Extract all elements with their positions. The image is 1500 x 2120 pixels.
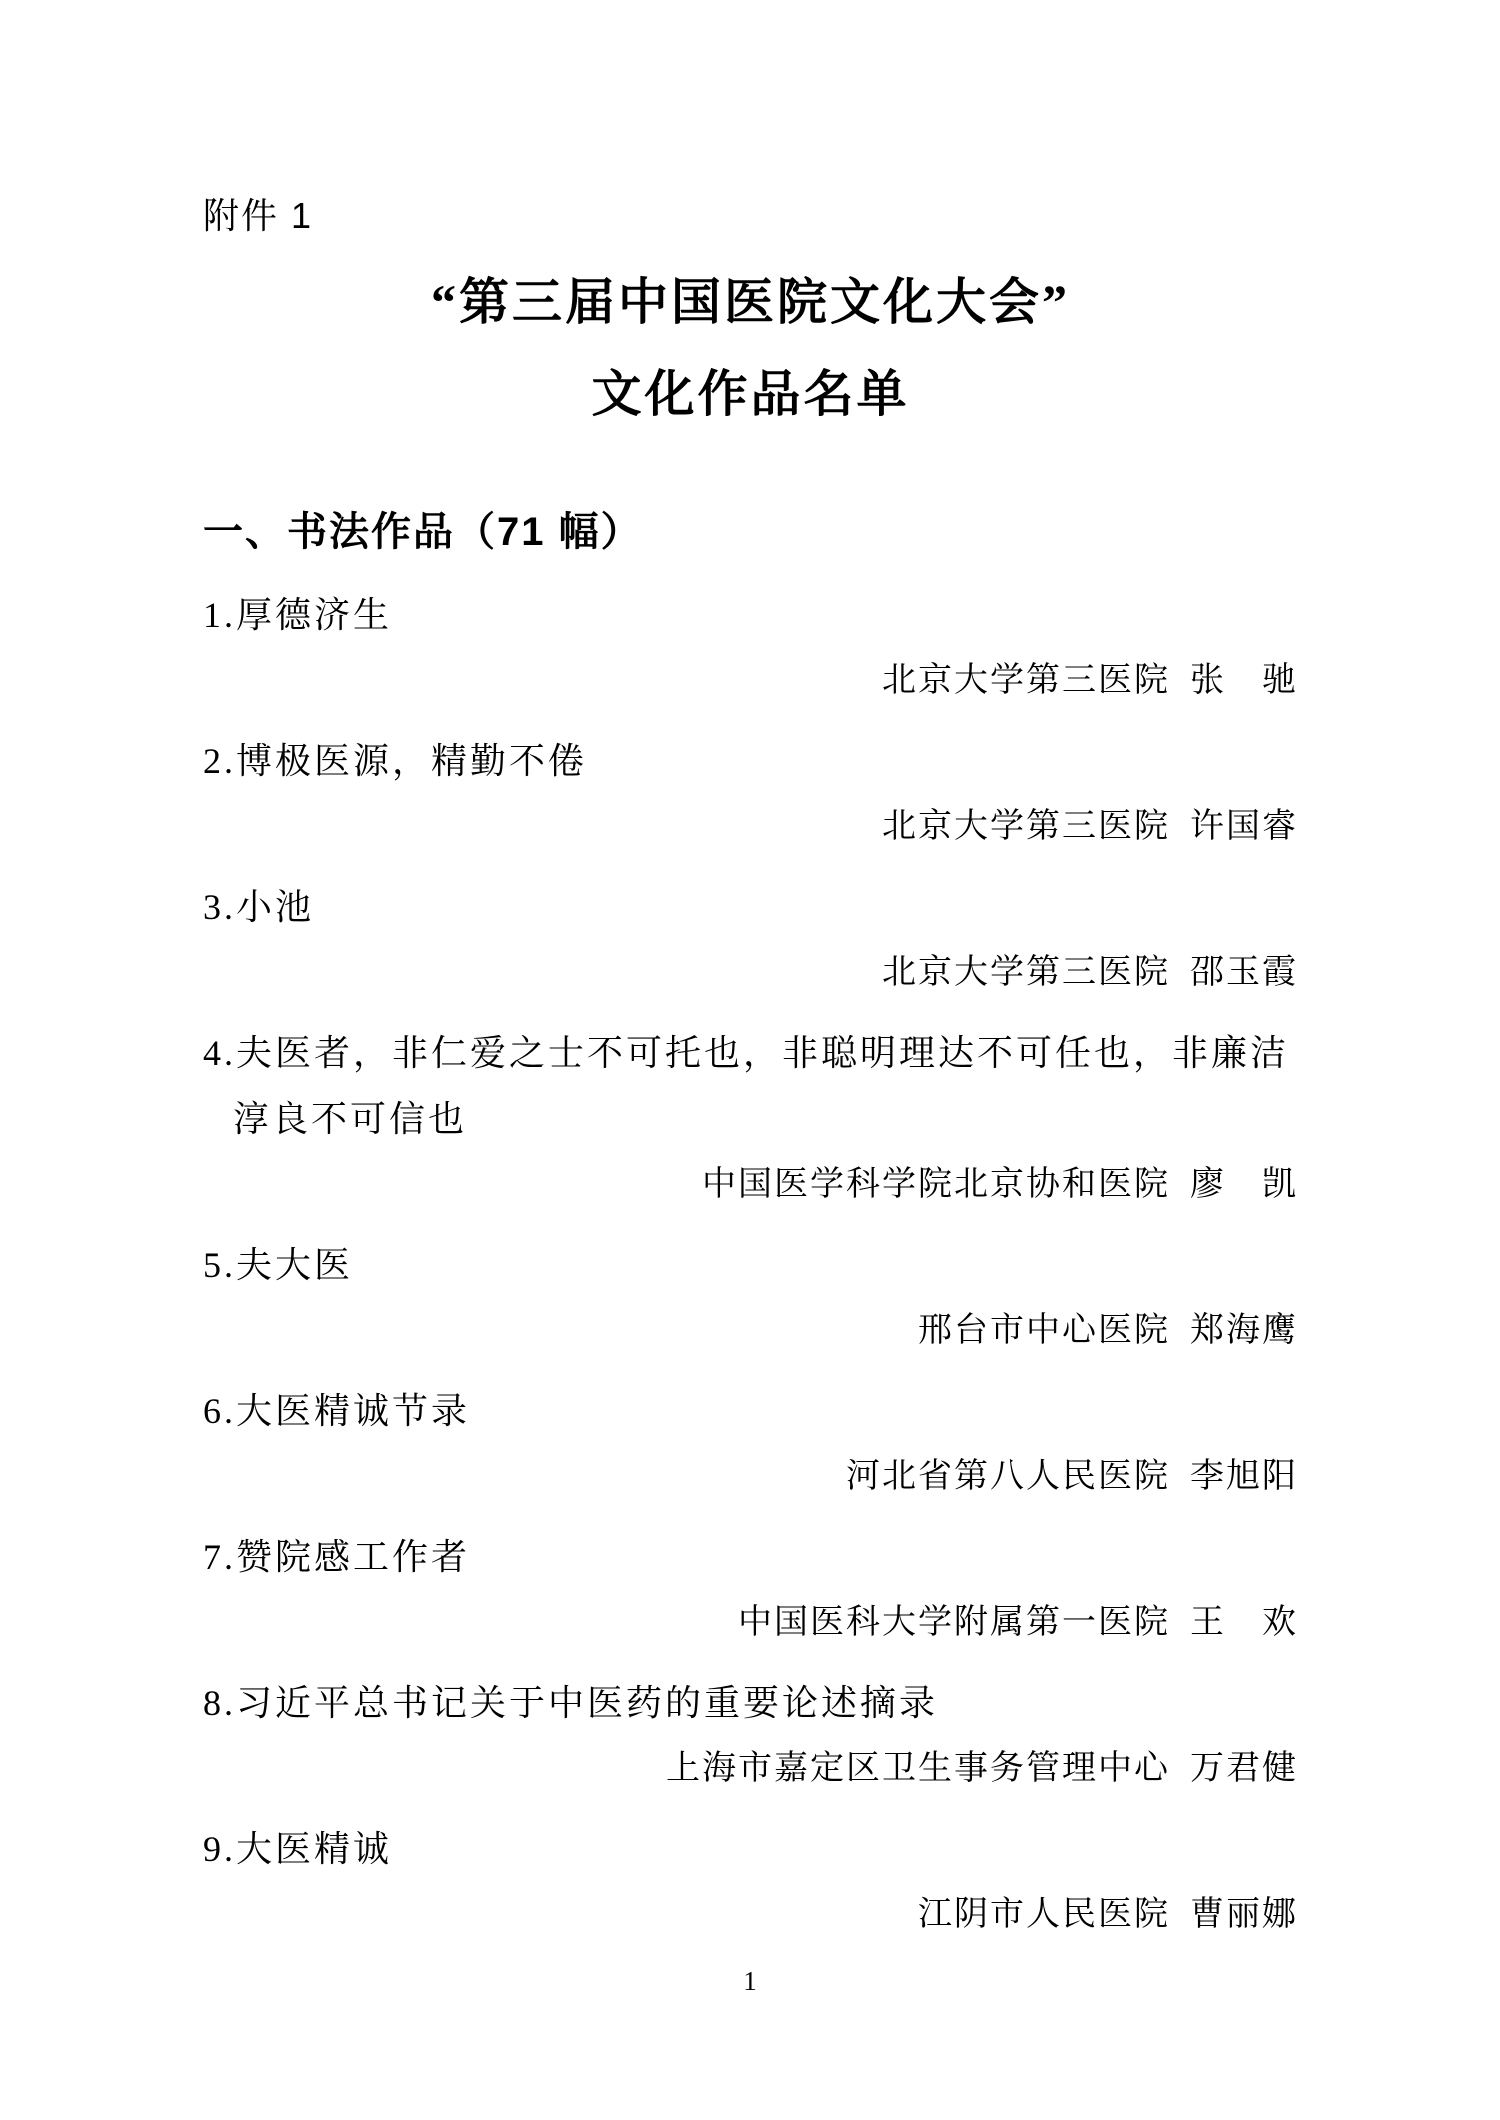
- work-author: 李旭阳: [1190, 1444, 1298, 1510]
- work-title-text: 博极医源，精勤不倦: [236, 741, 587, 781]
- work-title: 5.夫大医: [203, 1232, 1298, 1298]
- work-number: 1.: [203, 595, 236, 635]
- work-entry-8: 8.习近平总书记关于中医药的重要论述摘录 上海市嘉定区卫生事务管理中心万君健: [203, 1670, 1298, 1802]
- work-entry-2: 2.博极医源，精勤不倦 北京大学第三医院许国睿: [203, 728, 1298, 860]
- work-org: 北京大学第三医院: [882, 808, 1170, 845]
- page-number: 1: [0, 1966, 1500, 1996]
- work-author: 廖 凯: [1190, 1152, 1298, 1218]
- work-attribution: 上海市嘉定区卫生事务管理中心万君健: [203, 1736, 1298, 1802]
- work-number: 6.: [203, 1391, 236, 1431]
- document-page: 附件 1 “第三届中国医院文化大会” 文化作品名单 一、书法作品（71 幅） 1…: [0, 0, 1500, 2120]
- work-author: 郑海鹰: [1190, 1298, 1298, 1364]
- work-title-text: 大医精诚: [236, 1829, 392, 1869]
- work-entry-7: 7.赞院感工作者 中国医科大学附属第一医院王 欢: [203, 1524, 1298, 1656]
- work-title-text: 夫医者，非仁爱之士不可托也，非聪明理达不可任也，非廉洁: [236, 1033, 1289, 1073]
- work-title-text: 厚德济生: [236, 595, 392, 635]
- work-org: 北京大学第三医院: [882, 662, 1170, 699]
- work-author: 曹丽娜: [1190, 1882, 1298, 1948]
- work-title: 8.习近平总书记关于中医药的重要论述摘录: [203, 1670, 1298, 1736]
- work-number: 8.: [203, 1683, 236, 1723]
- work-number: 3.: [203, 887, 236, 927]
- work-title: 1.厚德济生: [203, 582, 1298, 648]
- work-number: 2.: [203, 741, 236, 781]
- work-author: 张 驰: [1190, 648, 1298, 714]
- work-attribution: 中国医学科学院北京协和医院廖 凯: [203, 1152, 1298, 1218]
- work-org: 北京大学第三医院: [882, 954, 1170, 991]
- work-title-continuation: 淳良不可信也: [203, 1086, 1298, 1152]
- title-line-1: “第三届中国医院文化大会”: [203, 256, 1298, 348]
- work-number: 5.: [203, 1245, 236, 1285]
- work-title: 9.大医精诚: [203, 1816, 1298, 1882]
- work-entry-5: 5.夫大医 邢台市中心医院郑海鹰: [203, 1232, 1298, 1364]
- work-org: 中国医学科学院北京协和医院: [702, 1166, 1170, 1203]
- work-org: 上海市嘉定区卫生事务管理中心: [666, 1750, 1170, 1787]
- work-title: 3.小池: [203, 874, 1298, 940]
- attachment-label: 附件 1: [203, 196, 1298, 236]
- work-title: 4.夫医者，非仁爱之士不可托也，非聪明理达不可任也，非廉洁: [203, 1020, 1298, 1086]
- work-title-text: 夫大医: [236, 1245, 353, 1285]
- work-author: 邵玉霞: [1190, 940, 1298, 1006]
- title-line-2: 文化作品名单: [203, 348, 1298, 440]
- work-entry-1: 1.厚德济生 北京大学第三医院张 驰: [203, 582, 1298, 714]
- work-entry-6: 6.大医精诚节录 河北省第八人民医院李旭阳: [203, 1378, 1298, 1510]
- work-attribution: 北京大学第三医院邵玉霞: [203, 940, 1298, 1006]
- work-attribution: 邢台市中心医院郑海鹰: [203, 1298, 1298, 1364]
- work-org: 江阴市人民医院: [918, 1896, 1170, 1933]
- work-org: 河北省第八人民医院: [846, 1458, 1170, 1495]
- works-list: 1.厚德济生 北京大学第三医院张 驰 2.博极医源，精勤不倦 北京大学第三医院许…: [203, 582, 1298, 1948]
- work-title-text: 小池: [236, 887, 314, 927]
- work-title: 6.大医精诚节录: [203, 1378, 1298, 1444]
- section-heading: 一、书法作品（71 幅）: [203, 504, 1298, 560]
- work-number: 9.: [203, 1829, 236, 1869]
- work-org: 邢台市中心医院: [918, 1312, 1170, 1349]
- work-number: 4.: [203, 1033, 236, 1073]
- work-author: 万君健: [1190, 1736, 1298, 1802]
- work-org: 中国医科大学附属第一医院: [738, 1604, 1170, 1641]
- work-title-text: 赞院感工作者: [236, 1537, 470, 1577]
- work-title-text: 习近平总书记关于中医药的重要论述摘录: [236, 1683, 938, 1723]
- work-number: 7.: [203, 1537, 236, 1577]
- work-attribution: 江阴市人民医院曹丽娜: [203, 1882, 1298, 1948]
- document-title: “第三届中国医院文化大会” 文化作品名单: [203, 256, 1298, 440]
- work-entry-9: 9.大医精诚 江阴市人民医院曹丽娜: [203, 1816, 1298, 1948]
- work-attribution: 中国医科大学附属第一医院王 欢: [203, 1590, 1298, 1656]
- work-author: 许国睿: [1190, 794, 1298, 860]
- work-entry-4: 4.夫医者，非仁爱之士不可托也，非聪明理达不可任也，非廉洁 淳良不可信也 中国医…: [203, 1020, 1298, 1218]
- work-attribution: 河北省第八人民医院李旭阳: [203, 1444, 1298, 1510]
- work-title: 7.赞院感工作者: [203, 1524, 1298, 1590]
- work-title: 2.博极医源，精勤不倦: [203, 728, 1298, 794]
- work-attribution: 北京大学第三医院张 驰: [203, 648, 1298, 714]
- work-entry-3: 3.小池 北京大学第三医院邵玉霞: [203, 874, 1298, 1006]
- work-attribution: 北京大学第三医院许国睿: [203, 794, 1298, 860]
- work-title-text: 大医精诚节录: [236, 1391, 470, 1431]
- work-author: 王 欢: [1190, 1590, 1298, 1656]
